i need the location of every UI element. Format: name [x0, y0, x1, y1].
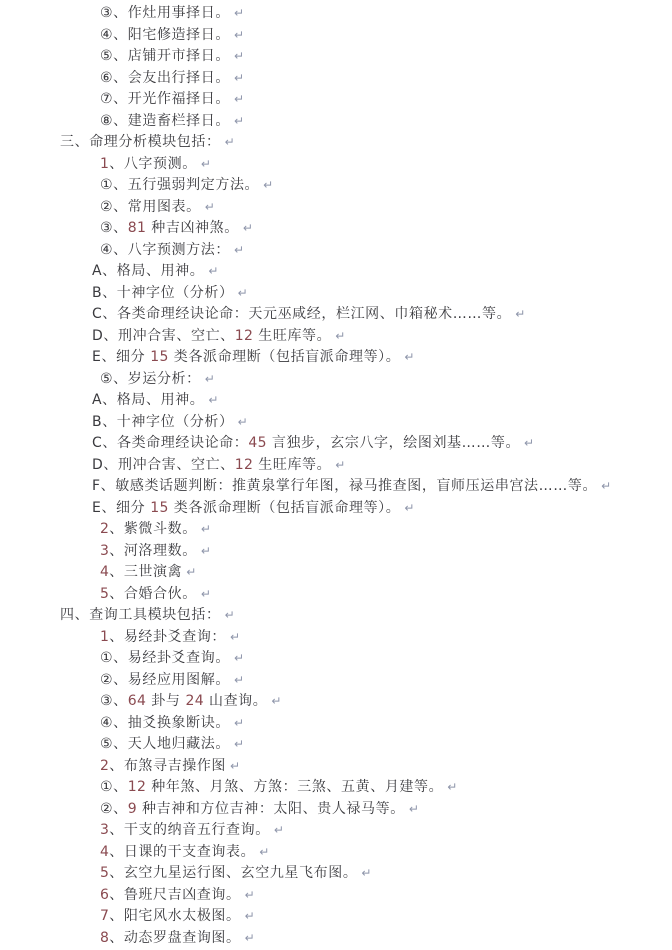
line-text: ②、常用图表。: [100, 199, 201, 215]
numeral: 24: [186, 693, 204, 709]
paragraph-mark: ↵: [201, 157, 212, 171]
line-text: E、细分 15 类各派命理断（包括盲派命理等）。: [92, 349, 400, 365]
line-text: 5、玄空九星运行图、玄空九星飞布图。: [100, 865, 357, 881]
paragraph-mark: ↵: [245, 909, 256, 923]
paragraph-mark: ↵: [201, 587, 212, 601]
list-item-line: F、敏感类话题判断：推黄泉掌行年图，禄马推查图，盲师压运串宫法……等。↵: [0, 476, 672, 498]
paragraph-mark: ↵: [208, 264, 219, 278]
list-item-line: ⑦、开光作福择日。↵: [0, 89, 672, 111]
line-text: 1、易经卦爻查询：: [100, 629, 226, 645]
line-text: D、刑冲合害、空亡、12 生旺库等。: [92, 328, 331, 344]
line-text: B、十神字位（分析）: [92, 285, 234, 301]
line-text: 2、紫微斗数。: [100, 521, 197, 537]
numeral: 3: [100, 543, 109, 559]
paragraph-mark: ↵: [601, 479, 612, 493]
list-item-line: ①、12 种年煞、月煞、方煞：三煞、五黄、月建等。↵: [0, 777, 672, 799]
line-text: ③、81 种吉凶神煞。: [100, 220, 239, 236]
paragraph-mark: ↵: [263, 178, 274, 192]
line-text: A、格局、用神。: [92, 392, 204, 408]
paragraph-mark: ↵: [186, 565, 197, 579]
numeral: 12: [235, 328, 253, 344]
numeral: 2: [100, 758, 109, 774]
paragraph-mark: ↵: [447, 780, 458, 794]
list-item-line: 2、布煞寻吉操作图↵: [0, 756, 672, 778]
numeral: 2: [100, 521, 109, 537]
paragraph-mark: ↵: [234, 737, 245, 751]
numeral: 81: [128, 220, 146, 236]
paragraph-mark: ↵: [274, 823, 285, 837]
line-text: ⑧、建造畜栏择日。: [100, 113, 230, 129]
line-text: 4、日课的干支查询表。: [100, 844, 255, 860]
list-item-line: A、格局、用神。↵: [0, 390, 672, 412]
line-text: ⑤、店铺开市择日。: [100, 48, 230, 64]
numeral: 1: [100, 156, 109, 172]
list-item-line: B、十神字位（分析）↵: [0, 412, 672, 434]
numeral: 4: [100, 844, 109, 860]
list-item-line: A、格局、用神。↵: [0, 261, 672, 283]
numeral: 5: [100, 586, 109, 602]
list-item-line: ①、五行强弱判定方法。↵: [0, 175, 672, 197]
line-text: 1、八字预测。: [100, 156, 197, 172]
line-text: 6、鲁班尺吉凶查询。: [100, 887, 241, 903]
line-text: ⑥、会友出行择日。: [100, 70, 230, 86]
list-item-line: 4、日课的干支查询表。↵: [0, 842, 672, 864]
paragraph-mark: ↵: [234, 114, 245, 128]
numeral: 15: [150, 500, 168, 516]
paragraph-mark: ↵: [515, 307, 526, 321]
line-text: ⑤、岁运分析：: [100, 371, 201, 387]
line-text: ②、9 种吉神和方位吉神：太阳、贵人禄马等。: [100, 801, 405, 817]
list-item-line: 2、紫微斗数。↵: [0, 519, 672, 541]
list-item-line: ④、八字预测方法：↵: [0, 240, 672, 262]
line-text: ④、阳宅修造择日。: [100, 27, 230, 43]
list-item-line: ②、常用图表。↵: [0, 197, 672, 219]
list-item-line: 3、干支的纳音五行查询。↵: [0, 820, 672, 842]
list-item-line: 5、合婚合伙。↵: [0, 584, 672, 606]
line-text: D、刑冲合害、空亡、12 生旺库等。: [92, 457, 331, 473]
paragraph-mark: ↵: [234, 92, 245, 106]
line-text: ①、五行强弱判定方法。: [100, 177, 259, 193]
numeral: 15: [150, 349, 168, 365]
numeral: 12: [128, 779, 146, 795]
paragraph-mark: ↵: [234, 6, 245, 20]
paragraph-mark: ↵: [225, 608, 236, 622]
paragraph-mark: ↵: [238, 286, 249, 300]
line-text: F、敏感类话题判断：推黄泉掌行年图，禄马推查图，盲师压运串宫法……等。: [92, 478, 597, 494]
line-text: ①、易经卦爻查询。: [100, 650, 230, 666]
line-text: 5、合婚合伙。: [100, 586, 197, 602]
line-text: ⑤、天人地归藏法。: [100, 736, 230, 752]
line-text: E、细分 15 类各派命理断（包括盲派命理等）。: [92, 500, 400, 516]
line-text: 四、查询工具模块包括：: [60, 607, 221, 623]
paragraph-mark: ↵: [230, 759, 241, 773]
list-item-line: ③、81 种吉凶神煞。↵: [0, 218, 672, 240]
paragraph-mark: ↵: [409, 802, 420, 816]
line-text: ①、12 种年煞、月煞、方煞：三煞、五黄、月建等。: [100, 779, 443, 795]
list-item-line: 6、鲁班尺吉凶查询。↵: [0, 885, 672, 907]
paragraph-mark: ↵: [201, 544, 212, 558]
section-heading-line: 四、查询工具模块包括：↵: [0, 605, 672, 627]
line-text: 7、阳宅风水太极图。: [100, 908, 241, 924]
paragraph-mark: ↵: [234, 673, 245, 687]
numeral: 8: [100, 930, 109, 946]
paragraph-mark: ↵: [271, 694, 282, 708]
list-item-line: ③、64 卦与 24 山查询。↵: [0, 691, 672, 713]
line-text: ④、抽爻换象断诀。: [100, 715, 230, 731]
line-text: ⑦、开光作福择日。: [100, 91, 230, 107]
document-page: ③、作灶用事择日。↵④、阳宅修造择日。↵⑤、店铺开市择日。↵⑥、会友出行择日。↵…: [0, 0, 672, 950]
list-item-line: ②、9 种吉神和方位吉神：太阳、贵人禄马等。↵: [0, 799, 672, 821]
list-item-line: ④、抽爻换象断诀。↵: [0, 713, 672, 735]
paragraph-mark: ↵: [201, 522, 212, 536]
line-text: ④、八字预测方法：: [100, 242, 230, 258]
line-text: C、各类命理经诀论命：天元巫咸经，栏江网、巾箱秘术……等。: [92, 306, 511, 322]
line-text: 8、动态罗盘查询图。: [100, 930, 241, 946]
section-heading-line: 三、命理分析模块包括：↵: [0, 132, 672, 154]
line-text: ③、64 卦与 24 山查询。: [100, 693, 267, 709]
paragraph-mark: ↵: [234, 243, 245, 257]
line-text: 4、三世演禽: [100, 564, 182, 580]
list-item-line: 1、八字预测。↵: [0, 154, 672, 176]
paragraph-mark: ↵: [335, 329, 346, 343]
line-text: A、格局、用神。: [92, 263, 204, 279]
list-item-line: C、各类命理经诀论命：45 言独步，玄宗八字，绘图刘基……等。↵: [0, 433, 672, 455]
paragraph-mark: ↵: [208, 393, 219, 407]
numeral: 64: [128, 693, 146, 709]
line-text: 三、命理分析模块包括：: [60, 134, 221, 150]
list-item-line: 7、阳宅风水太极图。↵: [0, 906, 672, 928]
list-item-line: D、刑冲合害、空亡、12 生旺库等。↵: [0, 455, 672, 477]
paragraph-mark: ↵: [404, 350, 415, 364]
list-item-line: 3、河洛理数。↵: [0, 541, 672, 563]
list-item-line: 1、易经卦爻查询：↵: [0, 627, 672, 649]
numeral: 45: [248, 435, 266, 451]
list-item-line: 8、动态罗盘查询图。↵: [0, 928, 672, 950]
list-item-line: E、细分 15 类各派命理断（包括盲派命理等）。↵: [0, 498, 672, 520]
line-text: 3、河洛理数。: [100, 543, 197, 559]
paragraph-mark: ↵: [225, 135, 236, 149]
numeral: 7: [100, 908, 109, 924]
numeral: 1: [100, 629, 109, 645]
line-text: 3、干支的纳音五行查询。: [100, 822, 270, 838]
paragraph-mark: ↵: [361, 866, 372, 880]
numeral: 3: [100, 822, 109, 838]
list-item-line: ⑤、天人地归藏法。↵: [0, 734, 672, 756]
paragraph-mark: ↵: [230, 630, 241, 644]
numeral: 5: [100, 865, 109, 881]
list-item-line: E、细分 15 类各派命理断（包括盲派命理等）。↵: [0, 347, 672, 369]
list-item-line: 5、玄空九星运行图、玄空九星飞布图。↵: [0, 863, 672, 885]
numeral: 12: [235, 457, 253, 473]
paragraph-mark: ↵: [234, 716, 245, 730]
list-item-line: ③、作灶用事择日。↵: [0, 3, 672, 25]
line-text: C、各类命理经诀论命：45 言独步，玄宗八字，绘图刘基……等。: [92, 435, 520, 451]
paragraph-mark: ↵: [205, 372, 216, 386]
list-item-line: D、刑冲合害、空亡、12 生旺库等。↵: [0, 326, 672, 348]
paragraph-mark: ↵: [245, 931, 256, 945]
numeral: 6: [100, 887, 109, 903]
line-text: 2、布煞寻吉操作图: [100, 758, 226, 774]
paragraph-mark: ↵: [245, 888, 256, 902]
list-item-line: ⑤、岁运分析：↵: [0, 369, 672, 391]
paragraph-mark: ↵: [524, 436, 535, 450]
paragraph-mark: ↵: [234, 651, 245, 665]
paragraph-mark: ↵: [243, 221, 254, 235]
list-item-line: C、各类命理经诀论命：天元巫咸经，栏江网、巾箱秘术……等。↵: [0, 304, 672, 326]
line-text: B、十神字位（分析）: [92, 414, 234, 430]
list-item-line: ⑤、店铺开市择日。↵: [0, 46, 672, 68]
list-item-line: 4、三世演禽↵: [0, 562, 672, 584]
line-text: ②、易经应用图解。: [100, 672, 230, 688]
list-item-line: ⑧、建造畜栏择日。↵: [0, 111, 672, 133]
paragraph-mark: ↵: [205, 200, 216, 214]
numeral: 4: [100, 564, 109, 580]
paragraph-mark: ↵: [234, 49, 245, 63]
list-item-line: ⑥、会友出行择日。↵: [0, 68, 672, 90]
paragraph-mark: ↵: [238, 415, 249, 429]
paragraph-mark: ↵: [234, 28, 245, 42]
list-item-line: B、十神字位（分析）↵: [0, 283, 672, 305]
list-item-line: ①、易经卦爻查询。↵: [0, 648, 672, 670]
numeral: 9: [128, 801, 137, 817]
paragraph-mark: ↵: [259, 845, 270, 859]
paragraph-mark: ↵: [234, 71, 245, 85]
document-body: ③、作灶用事择日。↵④、阳宅修造择日。↵⑤、店铺开市择日。↵⑥、会友出行择日。↵…: [0, 3, 672, 949]
list-item-line: ④、阳宅修造择日。↵: [0, 25, 672, 47]
line-text: ③、作灶用事择日。: [100, 5, 230, 21]
paragraph-mark: ↵: [404, 501, 415, 515]
list-item-line: ②、易经应用图解。↵: [0, 670, 672, 692]
paragraph-mark: ↵: [335, 458, 346, 472]
